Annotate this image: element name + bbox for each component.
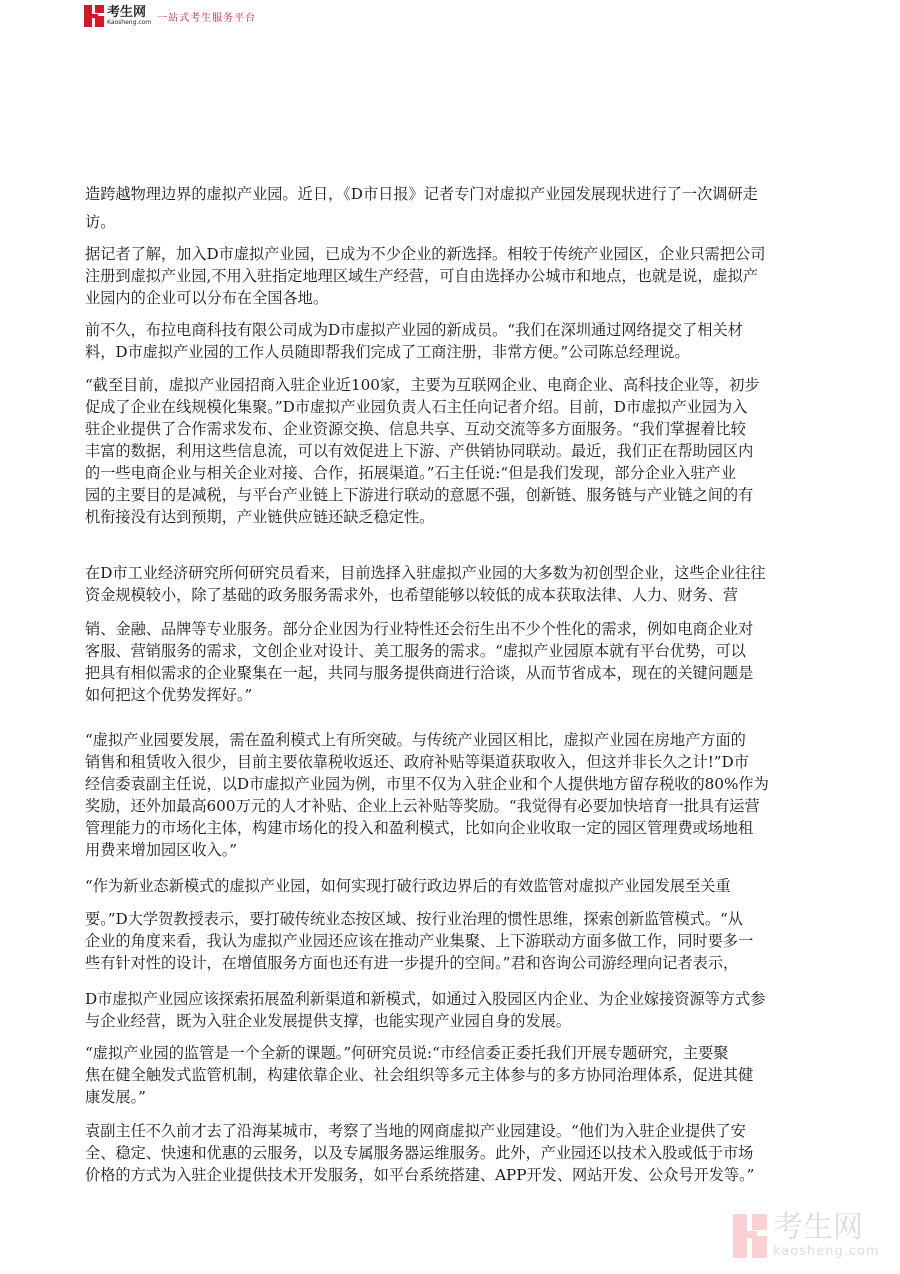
slogan: 一站式考生服务平台	[157, 9, 256, 24]
paragraph-line: “虚拟产业园的监管是一个全新的课题。”何研究员说:“市经信委正委托我们开展专题研…	[85, 1042, 729, 1064]
paragraph-line: D市虚拟产业园应该探索拓展盈利新渠道和新模式，如通过入股园区内企业、为企业嫁接资…	[85, 988, 765, 1010]
paragraph-line: 业园内的企业可以分布在全国各地。	[85, 287, 328, 309]
site-header: 考生网 Kaosheng.com 一站式考生服务平台	[84, 4, 256, 28]
paragraph-line: “虚拟产业园要发展，需在盈利模式上有所突破。与传统产业园区相比，虚拟产业园在房地…	[85, 729, 746, 751]
paragraph-line: 销售和租赁收入很少，目前主要依靠税收返还、政府补贴等渠道获取收入，但这并非长久之…	[85, 751, 749, 773]
paragraph-line: 焦在健全触发式监管机制，构建依靠企业、社会组织等多元主体参与的多方协同治理体系，…	[85, 1064, 753, 1086]
watermark-logo-icon	[733, 1214, 767, 1258]
watermark-en: kaosheng.com	[773, 1245, 880, 1258]
paragraph-line: 据记者了解，加入D市虚拟产业园，已成为不少企业的新选择。相较于传统产业园区，企业…	[85, 243, 765, 265]
paragraph-line: 客服、营销服务的需求，文创企业对设计、美工服务的需求。“虚拟产业园原本就有平台优…	[85, 640, 746, 662]
logo-cn: 考生网	[107, 6, 151, 19]
paragraph-line: 丰富的数据，利用这些信息流，可以有效促进上下游、产供销协同联动。最近，我们正在帮…	[85, 440, 753, 462]
paragraph-line: 机衔接没有达到预期，产业链供应链还缺乏稳定性。	[85, 506, 434, 528]
watermark-cn: 考生网	[773, 1213, 880, 1243]
paragraph-line: 料，D市虚拟产业园的工作人员随即帮我们完成了工商注册，非常方便。”公司陈总经理说…	[85, 341, 690, 363]
logo-text: 考生网 Kaosheng.com	[107, 6, 151, 26]
paragraph-line: 销、金融、品牌等专业服务。部分企业因为行业特性还会衍生出不少个性化的需求，例如电…	[85, 618, 753, 640]
paragraph-line: 前不久，布拉电商科技有限公司成为D市虚拟产业园的新成员。“我们在深圳通过网络提交…	[85, 319, 743, 341]
paragraph-line: 园的主要目的是减税，与平台产业链上下游进行联动的意愿不强，创新链、服务链与产业链…	[85, 484, 753, 506]
paragraph-line: 管理能力的市场化主体，构建市场化的投入和盈利模式，比如向企业收取一定的园区管理费…	[85, 817, 753, 839]
paragraph-line: 访。	[85, 211, 115, 233]
paragraph-line: “截至目前，虚拟产业园招商入驻企业近100家，主要为互联网企业、电商企业、高科技…	[85, 374, 760, 396]
paragraph-line: 促成了企业在线规模化集聚。”D市虚拟产业园负责人石主任向记者介绍。目前，D市虚拟…	[85, 396, 747, 418]
paragraph-line: 把具有相似需求的企业聚集在一起，共同与服务提供商进行洽谈，从而节省成本，现在的关…	[85, 662, 753, 684]
paragraph-line: 奖励，还外加最高600万元的人才补贴、企业上云补贴等奖励。“我觉得有必要加快培育…	[85, 795, 760, 817]
paragraph-line: 的一些电商企业与相关企业对接、合作，拓展渠道。”石主任说:“但是我们发现，部分企…	[85, 462, 736, 484]
paragraph-line: 袁副主任不久前才去了沿海某城市，考察了当地的网商虚拟产业园建设。“他们为入驻企业…	[85, 1120, 746, 1142]
logo-en: Kaosheng.com	[107, 20, 151, 26]
paragraph-line: 些有针对性的设计，在增值服务方面也还有进一步提升的空间。”君和咨询公司游经理向记…	[85, 952, 738, 974]
watermark-text: 考生网 kaosheng.com	[773, 1213, 880, 1258]
paragraph-line: 价格的方式为入驻企业提供技术开发服务，如平台系统搭建、APP开发、网站开发、公众…	[85, 1164, 754, 1186]
paragraph-line: 与企业经营，既为入驻企业发展提供支撑，也能实现产业园自身的发展。	[85, 1010, 571, 1032]
paragraph-line: 用费来增加园区收入。”	[85, 839, 237, 861]
paragraph-line: 驻企业提供了合作需求发布、企业资源交换、信息共享、互动交流等多方面服务。“我们掌…	[85, 418, 746, 440]
paragraph-line: 注册到虚拟产业园,不用入驻指定地理区域生产经营，可自由选择办公城市和地点，也就是…	[85, 265, 758, 287]
paragraph-line: “作为新业态新模式的虚拟产业园，如何实现打破行政边界后的有效监管对虚拟产业园发展…	[85, 875, 731, 897]
paragraph-line: 如何把这个优势发挥好。”	[85, 684, 252, 706]
paragraph-line: 企业的角度来看，我认为虚拟产业园还应该在推动产业集聚、上下游联动方面多做工作，同…	[85, 930, 753, 952]
paragraph-line: 造跨越物理边界的虚拟产业园。近日，《D市日报》记者专门对虚拟产业园发展现状进行了…	[85, 183, 758, 205]
paragraph-line: 在D市工业经济研究所何研究员看来，目前选择入驻虚拟产业园的大多数为初创型企业，这…	[85, 562, 765, 584]
paragraph-line: 要。”D大学贺教授表示，要打破传统业态按区域、按行业治理的惯性思维，探索创新监管…	[85, 908, 743, 930]
paragraph-line: 康发展。”	[85, 1086, 146, 1108]
kaosheng-logo-icon	[84, 5, 104, 27]
paragraph-line: 全、稳定、快速和优惠的云服务，以及专属服务器运维服务。此外，产业园还以技术入股或…	[85, 1142, 753, 1164]
paragraph-line: 资金规模较小，除了基础的政务服务需求外，也希望能够以较低的成本获取法律、人力、财…	[85, 584, 738, 606]
watermark: 考生网 kaosheng.com	[733, 1213, 880, 1258]
paragraph-line: 经信委袁副主任说，以D市虚拟产业园为例，市里不仅为入驻企业和个人提供地方留存税收…	[85, 773, 769, 795]
